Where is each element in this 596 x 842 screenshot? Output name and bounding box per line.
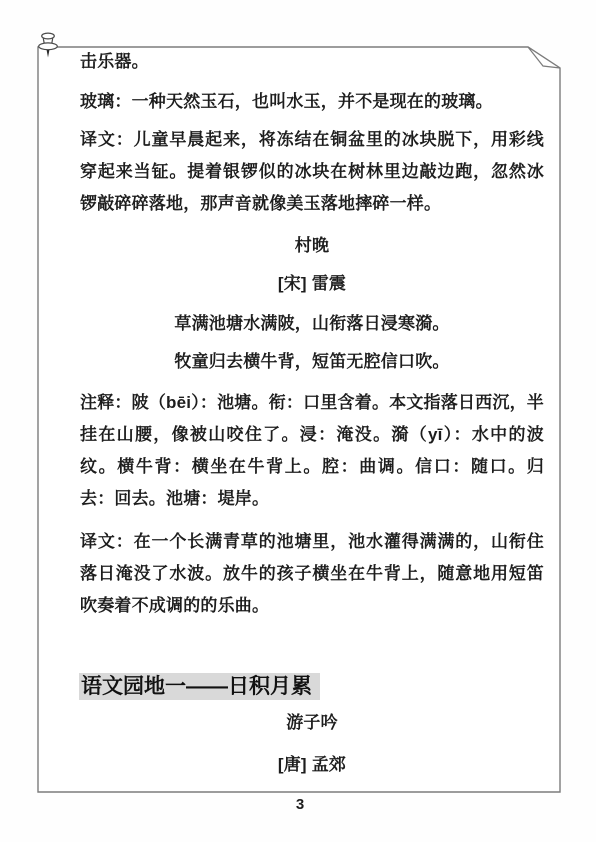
scanned-document-page: 击乐器。 玻璃：一种天然玉石，也叫水玉，并不是现在的玻璃。 译文：儿童早晨起来，… [0, 0, 596, 842]
poem-author-leizhen: [宋] 雷震 [80, 268, 544, 300]
poem-title-cunwan: 村晚 [80, 230, 544, 262]
page-number: 3 [38, 792, 562, 818]
poem-author-mengjiao: [唐] 孟郊 [80, 749, 544, 781]
paragraph-cunwan-notes: 注释：陂（bēi）：池塘。衔：口里含着。本文指落日西沉，半挂在山腰，像被山咬住了… [80, 387, 544, 515]
paragraph-percussion-tail: 击乐器。 [80, 46, 544, 78]
section-heading: 语文园地一——日积月累 [79, 672, 320, 702]
paragraph-ice-poem-translation: 译文：儿童早晨起来，将冻结在铜盆里的冰块脱下，用彩线穿起来当钲。提着银锣似的冰块… [80, 124, 544, 220]
poem-title-youziyin: 游子吟 [80, 707, 544, 739]
paragraph-cunwan-translation: 译文：在一个长满青草的池塘里，池水灌得满满的，山衔住落日淹没了水波。放牛的孩子横… [80, 526, 544, 622]
pushpin-icon [36, 32, 60, 64]
section-heading-highlight: 语文园地一——日积月累 [79, 673, 320, 700]
poem-verse-line: 草满池塘水满陂，山衔落日浸寒漪。 [80, 308, 544, 340]
poem-verse-line: 牧童归去横牛背，短笛无腔信口吹。 [80, 346, 544, 378]
paragraph-glass-note: 玻璃：一种天然玉石，也叫水玉，并不是现在的玻璃。 [80, 86, 544, 118]
